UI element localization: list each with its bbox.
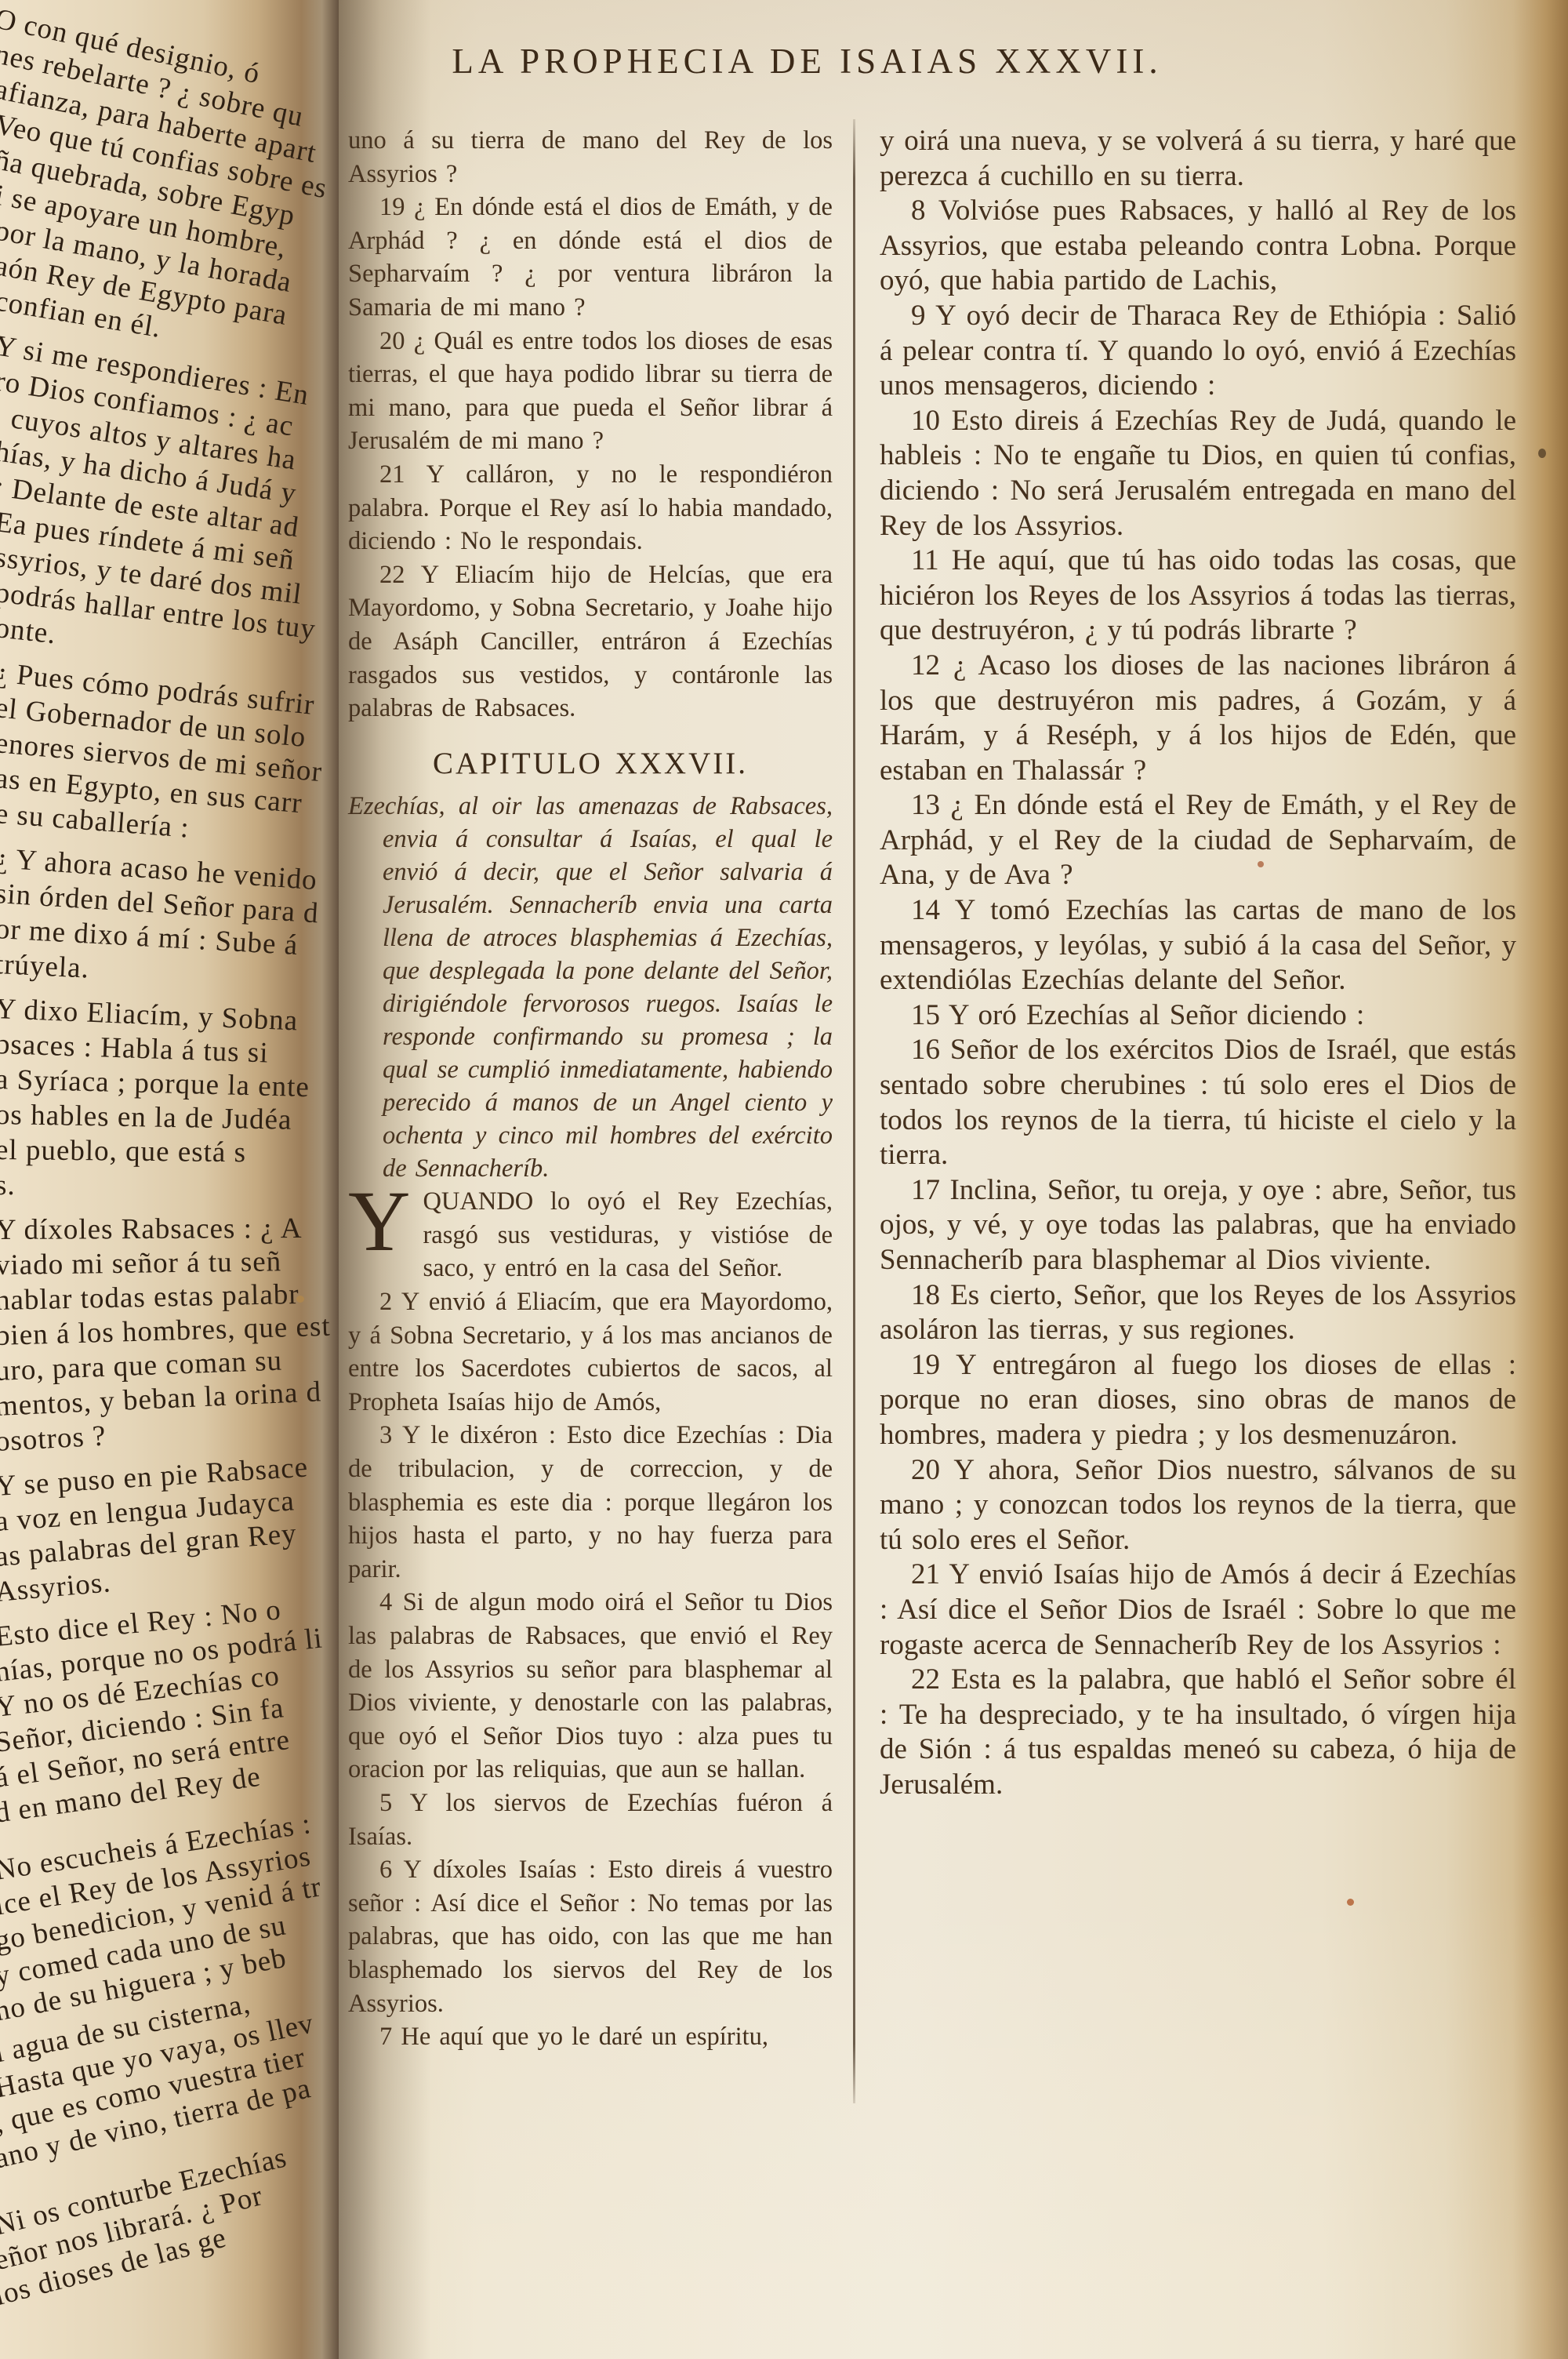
verse-paragraph: 8 Volvióse pues Rabsaces, y halló al Rey… (880, 194, 1516, 299)
verse-paragraph: 6 Y díxoles Isaías : Esto direis á vuest… (348, 1853, 833, 2020)
verse-paragraph: 19 ¿ En dónde está el dios de Emáth, y d… (348, 191, 833, 324)
paper-speck (1347, 1899, 1354, 1906)
verse-paragraph: 15 Y oró Ezechías al Señor diciendo : (880, 998, 1516, 1034)
page-title: LA PROPHECIA DE ISAIAS XXXVII. (339, 41, 1276, 82)
verse-paragraph: 18 Es cierto, Señor, que los Reyes de lo… (880, 1278, 1516, 1348)
verse-paragraph: 22 Esta es la palabra, que habló el Seño… (880, 1663, 1516, 1802)
left-text-column: uno á su tierra de mano del Rey de los A… (348, 124, 833, 2054)
verse-paragraph: 22 Y Eliacím hijo de Helcías, que era Ma… (348, 558, 833, 725)
verse-paragraph: 3 Y le dixéron : Esto dice Ezechías : Di… (348, 1419, 833, 1586)
left-page-text-line: el pueblo, que está s (0, 1135, 246, 1169)
book-scan: O con qué designio, ónes rebelarte ? ¿ s… (0, 0, 1568, 2359)
left-page-text-line: hablar todas estas palabr (0, 1279, 299, 1317)
chapter-summary: Ezechías, al oir las amenazas de Rabsace… (348, 790, 833, 1185)
verse-paragraph: 10 Esto direis á Ezechías Rey de Judá, q… (880, 404, 1516, 543)
left-page-text-line: Y díxoles Rabsaces : ¿ A (0, 1213, 303, 1246)
left-page-text-line: bsaces : Habla á tus si (0, 1029, 269, 1069)
left-page-text-line: trúyela. (0, 949, 90, 985)
verse-paragraph: 2 Y envió á Eliacím, que era Mayordomo, … (348, 1285, 833, 1419)
verse-paragraph: 17 Inclina, Señor, tu oreja, y oye : abr… (880, 1173, 1516, 1278)
column-divider (853, 119, 855, 2103)
verse-paragraph: 21 Y envió Isaías hijo de Amós á decir á… (880, 1558, 1516, 1663)
verse-paragraph: 14 Y tomó Ezechías las cartas de mano de… (880, 893, 1516, 998)
verse-paragraph: 11 He aquí, que tú has oido todas las co… (880, 543, 1516, 649)
left-page-text-line: Assyrios. (0, 1567, 112, 1608)
chapter-heading: CAPITULO XXXVII. (348, 747, 833, 781)
verse-paragraph: 20 Y ahora, Señor Dios nuestro, sálvanos… (880, 1453, 1516, 1558)
left-page-text-line: onte. (0, 612, 58, 650)
verse-paragraph: 12 ¿ Acaso los dioses de las naciones li… (880, 649, 1516, 788)
left-page-edge: O con qué designio, ónes rebelarte ? ¿ s… (0, 0, 339, 2359)
left-page-text-line: s. (0, 1170, 16, 1201)
verse-paragraph: 13 ¿ En dónde está el Rey de Emáth, y el… (880, 788, 1516, 893)
verse-paragraph: 4 Si de algun modo oirá el Señor tu Dios… (348, 1586, 833, 1787)
left-page-text-line: os hables en la de Judéa (0, 1100, 292, 1136)
verse-paragraph: 21 Y calláron, y no le respondiéron pala… (348, 458, 833, 558)
drop-cap-initial: Y (348, 1185, 423, 1252)
left-page-text-line: osotros ? (0, 1420, 107, 1457)
left-page-text-line: viado mi señor á tu señ (0, 1246, 281, 1281)
verse-paragraph: 19 Y entregáron al fuego los dioses de e… (880, 1348, 1516, 1453)
verse-paragraph: 16 Señor de los exércitos Dios de Israél… (880, 1033, 1516, 1172)
verse-paragraph: 9 Y oyó decir de Tharaca Rey de Ethiópia… (880, 299, 1516, 404)
continuation-paragraph: uno á su tierra de mano del Rey de los A… (348, 124, 833, 191)
left-page-text-line: a Syríaca ; porque la ente (0, 1064, 310, 1103)
verse-paragraph: 5 Y los siervos de Ezechías fuéron á Isa… (348, 1787, 833, 1853)
paper-speck (1538, 449, 1546, 458)
verse-paragraph-dropcap: YQUANDO lo oyó el Rey Ezechías, rasgó su… (348, 1185, 833, 1285)
paper-speck (1258, 861, 1264, 867)
verse-paragraph: 7 He aquí que yo le daré un espíritu, (348, 2020, 833, 2054)
right-text-column: y oirá una nueva, y se volverá á su tier… (880, 124, 1516, 1803)
paper-speck (296, 1296, 304, 1303)
verse-paragraph: 20 ¿ Quál es entre todos los dioses de e… (348, 325, 833, 458)
continuation-paragraph: y oirá una nueva, y se volverá á su tier… (880, 124, 1516, 194)
